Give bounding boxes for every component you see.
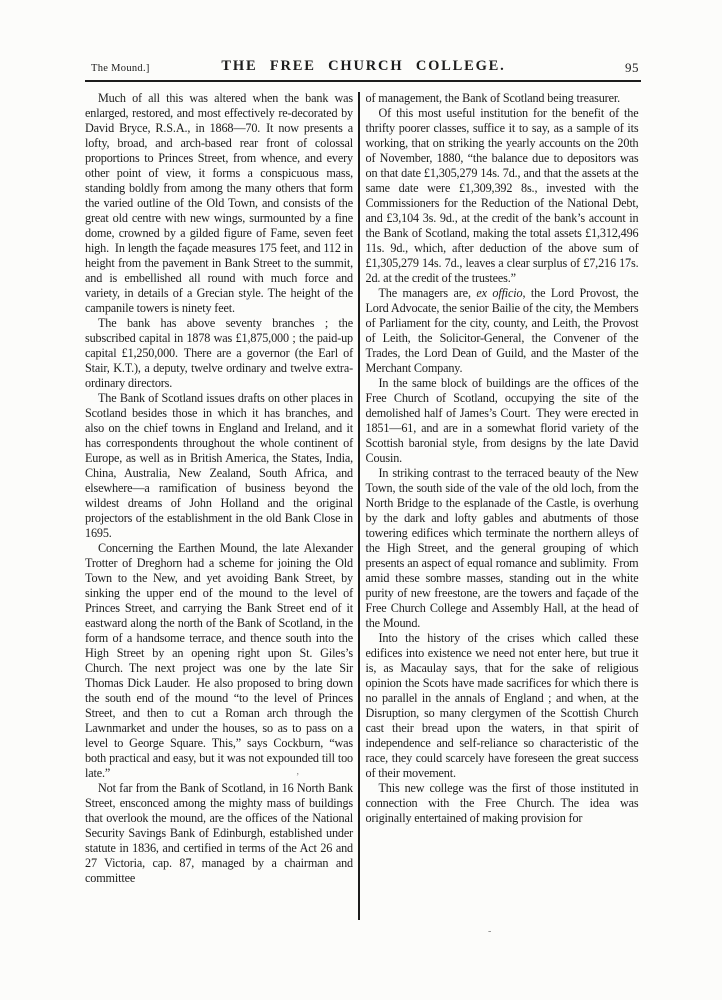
paragraph: Much of all this was altered when the ba…	[85, 91, 353, 316]
page-number: 95	[625, 60, 639, 76]
header-rule	[85, 80, 641, 82]
text-segment: The managers are,	[379, 286, 477, 300]
text-segment: The Bank of Scotland issues drafts on ot…	[85, 391, 353, 540]
column-divider-rule	[358, 92, 360, 920]
page-title: THE FREE CHURCH COLLEGE.	[85, 58, 642, 75]
paragraph: The bank has above seventy branches ; th…	[85, 316, 353, 391]
paragraph: of management, the Bank of Scotland bein…	[366, 91, 639, 106]
right-column: of management, the Bank of Scotland bein…	[366, 91, 639, 920]
text-segment: The bank has above seventy branches ; th…	[85, 316, 353, 390]
paragraph: Concerning the Earthen Mound, the late A…	[85, 541, 353, 781]
text-segment: Much of all this was altered when the ba…	[85, 91, 353, 315]
paragraph: Into the history of the crises which cal…	[366, 631, 639, 781]
left-column: Much of all this was altered when the ba…	[85, 91, 353, 920]
paragraph: This new college was the first of those …	[366, 781, 639, 826]
text-segment: Into the history of the crises which cal…	[366, 631, 639, 780]
text-segment: In striking contrast to the terraced bea…	[366, 466, 639, 630]
italic-text-segment: ex officio	[476, 286, 522, 300]
paragraph: The managers are, ex officio, the Lord P…	[366, 286, 639, 376]
text-segment: Of this most useful institution for the …	[366, 106, 639, 285]
paragraph: Not far from the Bank of Scotland, in 16…	[85, 781, 353, 886]
paragraph: The Bank of Scotland issues drafts on ot…	[85, 391, 353, 541]
text-segment: This new college was the first of those …	[366, 781, 639, 825]
paragraph: Of this most useful institution for the …	[366, 106, 639, 286]
page-header: The Mound.] THE FREE CHURCH COLLEGE. 95	[85, 58, 642, 78]
ink-speck: .	[629, 705, 632, 716]
text-segment: In the same block of buildings are the o…	[366, 376, 639, 465]
ink-speck: -	[488, 926, 491, 937]
paragraph: In the same block of buildings are the o…	[366, 376, 639, 466]
book-page: The Mound.] THE FREE CHURCH COLLEGE. 95 …	[0, 0, 722, 1000]
ink-speck: ’	[296, 772, 299, 783]
text-segment: Concerning the Earthen Mound, the late A…	[85, 541, 353, 780]
paragraph: In striking contrast to the terraced bea…	[366, 466, 639, 631]
text-segment: Not far from the Bank of Scotland, in 16…	[85, 781, 353, 885]
text-columns: Much of all this was altered when the ba…	[85, 91, 641, 920]
text-segment: of management, the Bank of Scotland bein…	[366, 91, 621, 105]
